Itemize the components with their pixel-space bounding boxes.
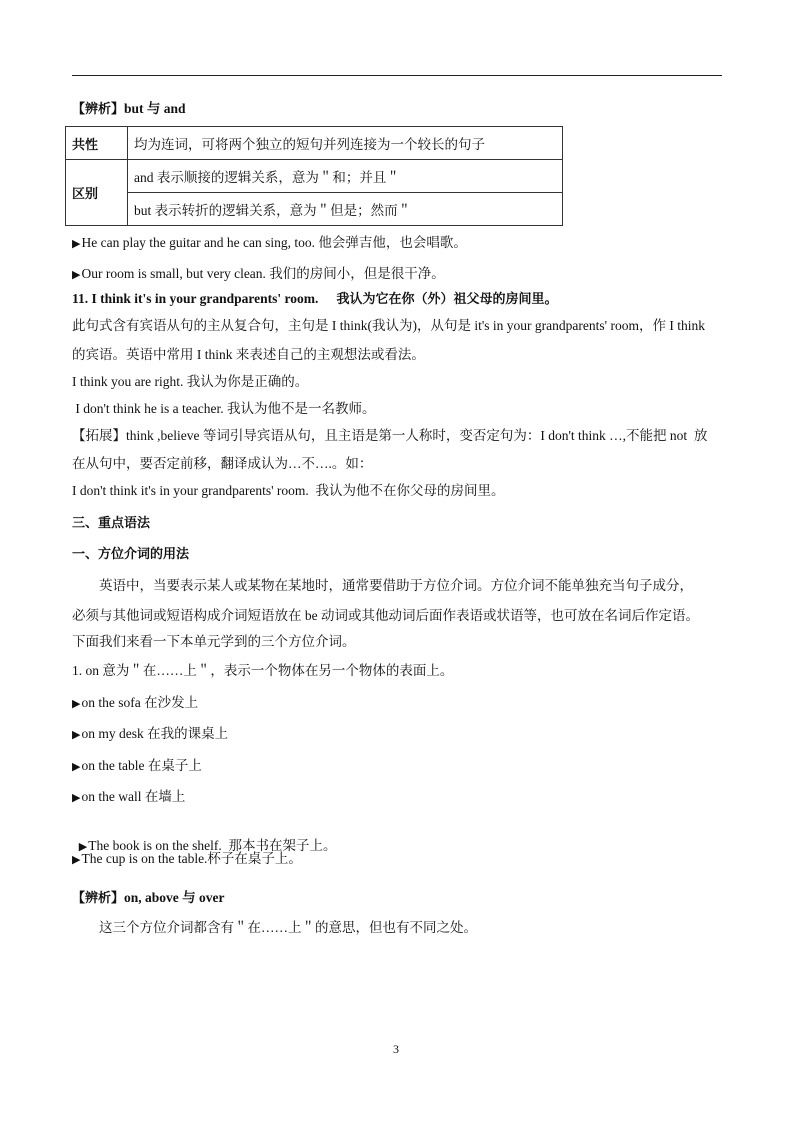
example-line: I don't think he is a teacher. 我认为他不是一名教…	[72, 400, 376, 418]
example-line: ▶on the wall 在墙上	[72, 788, 185, 807]
section-title: 三、重点语法	[72, 515, 150, 533]
extension-line: 在从句中，要否定前移，翻译成认为…不….。如：	[72, 455, 372, 473]
bullet-triangle-icon: ▶	[72, 792, 80, 804]
table-key-cell: 区别	[66, 160, 128, 226]
example-line: ▶He can play the guitar and he can sing,…	[72, 234, 467, 253]
header-rule	[72, 75, 722, 76]
table-key-cell: 共性	[66, 127, 128, 160]
point-11-heading-cn: 我认为它在你（外）祖父母的房间里。	[336, 292, 557, 307]
example-line: ▶Our room is small, but very clean. 我们的房…	[72, 265, 445, 284]
example-line: ▶The cup is on the table.杯子在桌子上。	[72, 850, 302, 869]
bullet-triangle-icon: ▶	[72, 761, 80, 773]
bullet-triangle-icon: ▶	[72, 854, 80, 866]
compare-bracket-label: 【辨析】	[72, 102, 124, 117]
example-line: ▶on the sofa 在沙发上	[72, 694, 198, 713]
table-row: 共性 均为连词，可将两个独立的短句并列连接为一个较长的句子	[66, 127, 563, 160]
bullet-triangle-icon: ▶	[72, 269, 80, 281]
extension-line: 【拓展】think ,believe 等词引导宾语从句，且主语是第一人称时，变否…	[72, 427, 707, 445]
point-11-heading: 11. I think it's in your grandparents' r…	[72, 290, 557, 309]
compare-heading: 【辨析】on, above 与 over	[72, 889, 225, 908]
paragraph-line: 此句式含有宾语从句的主从复合句，主句是 I think(我认为)，从句是 it'…	[72, 317, 705, 335]
compare-title: on, above 与 over	[124, 890, 225, 905]
bullet-triangle-icon: ▶	[72, 238, 80, 250]
table-value-cell: but 表示转折的逻辑关系，意为＂但是；然而＂	[128, 193, 563, 226]
table-value-cell: and 表示顺接的逻辑关系，意为＂和；并且＂	[128, 160, 563, 193]
page-number: 3	[393, 1042, 399, 1057]
compare-heading: 【辨析】but 与 and	[72, 100, 186, 119]
paragraph-line: 的宾语。英语中常用 I think 来表述自己的主观想法或看法。	[72, 346, 425, 364]
subsection-title: 一、方位介词的用法	[72, 546, 189, 564]
bullet-triangle-icon: ▶	[72, 698, 80, 710]
compare-bracket-label: 【辨析】	[72, 891, 124, 906]
example-line: ▶on my desk 在我的课桌上	[72, 725, 228, 744]
table-row: 区别 and 表示顺接的逻辑关系，意为＂和；并且＂	[66, 160, 563, 193]
paragraph-line: 下面我们来看一下本单元学到的三个方位介词。	[72, 633, 356, 651]
table-value-cell: 均为连词，可将两个独立的短句并列连接为一个较长的句子	[128, 127, 563, 160]
example-line: I think you are right. 我认为你是正确的。	[72, 373, 308, 391]
bullet-triangle-icon: ▶	[72, 729, 80, 741]
point-11-heading-en: 11. I think it's in your grandparents' r…	[72, 291, 318, 306]
paragraph-line: 必须与其他词或短语构成介词短语放在 be 动词或其他动词后面作表语或状语等，也可…	[72, 607, 699, 625]
compare-title: but 与 and	[124, 101, 186, 116]
example-line: ▶on the table 在桌子上	[72, 757, 202, 776]
table-row: but 表示转折的逻辑关系，意为＂但是；然而＂	[66, 193, 563, 226]
compare-table: 共性 均为连词，可将两个独立的短句并列连接为一个较长的句子 区别 and 表示顺…	[65, 126, 563, 226]
paragraph-line: 这三个方位介词都含有＂在……上＂的意思，但也有不同之处。	[72, 919, 477, 937]
example-line: I don't think it's in your grandparents'…	[72, 482, 505, 500]
paragraph-line: 英语中，当要表示某人或某物在某地时，通常要借助于方位介词。方位介词不能单独充当句…	[72, 577, 693, 595]
definition-line: 1. on 意为＂在……上＂，表示一个物体在另一个物体的表面上。	[72, 662, 453, 680]
